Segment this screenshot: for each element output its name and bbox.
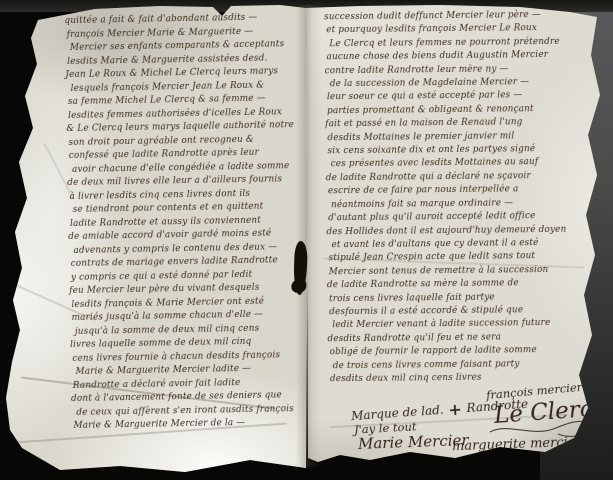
left-page-text: quittée a fait & fait d'abondant ausdits…: [66, 11, 301, 433]
manuscript-line: Marie & Marguerite Mercier de la —: [73, 416, 301, 433]
ink-blot: [293, 241, 308, 295]
manuscript-scan: quittée a fait & fait d'abondant ausdits…: [0, 0, 613, 480]
right-page-text: succession dudit deffunct Mercier leur p…: [326, 9, 570, 387]
randrotte-mark-cross: +: [447, 399, 464, 419]
